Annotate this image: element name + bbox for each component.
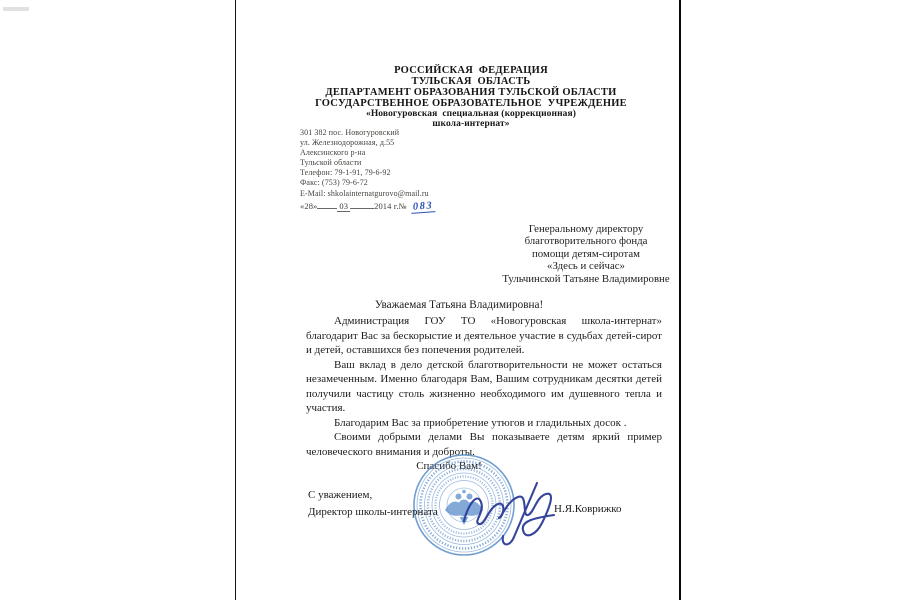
signature-position: Директор школы-интерната [308, 504, 438, 521]
signature-block: С уважением, Директор школы-интерната [308, 487, 438, 520]
handwritten-doc-number: 083 [410, 201, 435, 214]
sender-email: E-Mail: shkolainternatgurovo@mail.ru [300, 189, 435, 199]
sender-postal-settlement: 301 382 пос. Новогуровский [300, 128, 435, 138]
blank-line [317, 201, 337, 209]
paragraph-contribution: Ваш вклад в дело детской благотворительн… [306, 358, 662, 416]
paragraph-gratitude: Администрация ГОУ ТО «Новогуровская школ… [306, 314, 662, 358]
signature-name: Н.Я.Коврижко [554, 503, 622, 515]
recipient-fund-name: «Здесь и сейчас» [466, 260, 706, 272]
blank-line [350, 201, 374, 209]
sender-phone: Телефон: 79-1-91, 79-6-92 [300, 168, 435, 178]
sender-district: Алексинского р-на [300, 148, 435, 158]
recipient-fund-2: помощи детям-сиротам [466, 248, 706, 260]
date-month: 03 [337, 201, 350, 212]
letterhead-institution: ГОСУДАРСТВЕННОЕ ОБРАЗОВАТЕЛЬНОЕ УЧРЕЖДЕН… [260, 98, 682, 109]
sender-region: Тульской области [300, 158, 435, 168]
paragraph-items: Благодарим Вас за приобретение утюгов и … [306, 416, 662, 431]
signature-closing: С уважением, [308, 487, 438, 504]
scanned-letter: РОССИЙСКАЯ ФЕДЕРАЦИЯ ТУЛЬСКАЯ ОБЛАСТЬ ДЕ… [0, 0, 900, 600]
recipient-block: Генеральному директору благотворительног… [466, 223, 706, 285]
date-and-number-line: «28»032014 г.№083 [300, 201, 435, 213]
scan-mark-top-left [3, 7, 29, 11]
date-day: «28» [300, 201, 317, 211]
letter-body: Администрация ГОУ ТО «Новогуровская школ… [306, 314, 662, 474]
letterhead-region: ТУЛЬСКАЯ ОБЛАСТЬ [260, 76, 682, 87]
sender-street: ул. Железнодорожная, д.55 [300, 138, 435, 148]
sender-fax: Факс: (753) 79-6-72 [300, 178, 435, 188]
sender-requisites: 301 382 пос. Новогуровский ул. Железнодо… [300, 128, 435, 213]
letterhead-country: РОССИЙСКАЯ ФЕДЕРАЦИЯ [260, 65, 682, 76]
date-year-number-label: 2014 г.№ [374, 201, 407, 211]
salutation: Уважаемая Татьяна Владимировна! [236, 299, 682, 311]
letter-page: РОССИЙСКАЯ ФЕДЕРАЦИЯ ТУЛЬСКАЯ ОБЛАСТЬ ДЕ… [235, 0, 681, 600]
letterhead-school-name-1: «Новогуровская специальная (коррекционна… [260, 109, 682, 119]
letterhead: РОССИЙСКАЯ ФЕДЕРАЦИЯ ТУЛЬСКАЯ ОБЛАСТЬ ДЕ… [236, 65, 682, 129]
recipient-title: Генеральному директору [466, 223, 706, 235]
recipient-fund-1: благотворительного фонда [466, 235, 706, 247]
recipient-person: Тульчинской Татьяне Владимировне [466, 273, 706, 285]
letterhead-department: ДЕПАРТАМЕНТ ОБРАЗОВАНИЯ ТУЛЬСКОЙ ОБЛАСТИ [260, 87, 682, 98]
